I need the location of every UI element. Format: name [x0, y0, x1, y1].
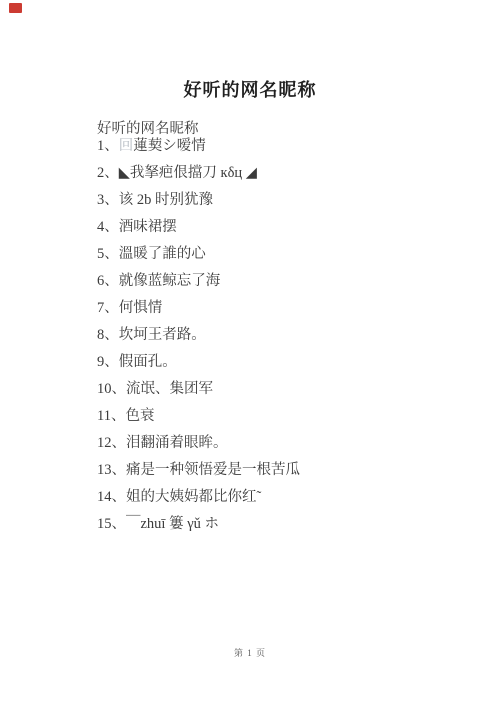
item-text: 何惧情	[119, 300, 163, 316]
list-item: 3、该 2b 时别犹豫	[97, 193, 460, 208]
list-item: 4、酒味裙摆	[97, 220, 460, 235]
item-number: 9、	[97, 354, 119, 370]
list-item: 13、痛是一种领悟爱是一根苦瓜	[97, 463, 460, 478]
item-text: 流氓、集团军	[126, 381, 213, 397]
item-number: 5、	[97, 246, 119, 262]
item-text: 泪翻涌着眼眸。	[126, 435, 228, 451]
list-item: 1、回蓮葜シ嗳情	[97, 139, 460, 154]
list-item: 10、流氓、集团军	[97, 382, 460, 397]
item-text: 姐的大姨妈都比你红˜	[126, 489, 261, 505]
list-item: 7、何惧情	[97, 301, 460, 316]
page-title: 好听的网名昵称	[0, 76, 500, 102]
item-text: 色衰	[125, 408, 154, 424]
item-number: 11、	[97, 408, 125, 424]
item-number: 1、	[97, 138, 119, 154]
item-number: 3、	[97, 192, 119, 208]
item-number: 4、	[97, 219, 119, 235]
item-text: 蓮葜シ嗳情	[133, 138, 206, 154]
list-item: 8、坎坷王者路。	[97, 328, 460, 343]
item-number: 12、	[97, 435, 126, 451]
list-item: 6、就像蓝鲸忘了海	[97, 274, 460, 289]
document-page: 好听的网名昵称 好听的网名昵称 1、回蓮葜シ嗳情 2、◣我拏疤佷擋刀 кδц ◢…	[0, 0, 500, 708]
item-number: 13、	[97, 462, 126, 478]
list-item: 2、◣我拏疤佷擋刀 кδц ◢	[97, 166, 460, 181]
item-text: 就像蓝鲸忘了海	[119, 273, 221, 289]
nickname-list: 1、回蓮葜シ嗳情 2、◣我拏疤佷擋刀 кδц ◢ 3、该 2b 时别犹豫 4、酒…	[97, 139, 460, 544]
item-number: 6、	[97, 273, 119, 289]
item-text: 假面孔。	[119, 354, 177, 370]
item-number: 15、	[97, 516, 126, 532]
item-number: 10、	[97, 381, 126, 397]
item-text: 坎坷王者路。	[119, 327, 206, 343]
item-number: 8、	[97, 327, 119, 343]
missing-glyph-box: 回	[119, 138, 134, 154]
item-text: ◣我拏疤佷擋刀 кδц ◢	[119, 165, 257, 181]
item-text: 痛是一种领悟爱是一根苦瓜	[126, 462, 300, 478]
corner-red-mark	[9, 3, 22, 13]
list-item: 9、假面孔。	[97, 355, 460, 370]
list-item: 11、色衰	[97, 409, 460, 424]
item-number: 14、	[97, 489, 126, 505]
page-number-footer: 第 1 页	[0, 646, 500, 659]
item-text: 该 2b 时别犹豫	[119, 192, 213, 208]
list-item: 12、泪翻涌着眼眸。	[97, 436, 460, 451]
list-item: 5、溫暖了誰的心	[97, 247, 460, 262]
item-number: 7、	[97, 300, 119, 316]
list-item: 14、姐的大姨妈都比你红˜	[97, 490, 460, 505]
item-text: ￣zhuī 簍 γǔ ホ	[126, 516, 219, 532]
list-item: 15、￣zhuī 簍 γǔ ホ	[97, 517, 460, 532]
item-text: 酒味裙摆	[119, 219, 177, 235]
item-text: 溫暖了誰的心	[119, 246, 206, 262]
subheading: 好听的网名昵称	[97, 117, 199, 138]
item-number: 2、	[97, 165, 119, 181]
